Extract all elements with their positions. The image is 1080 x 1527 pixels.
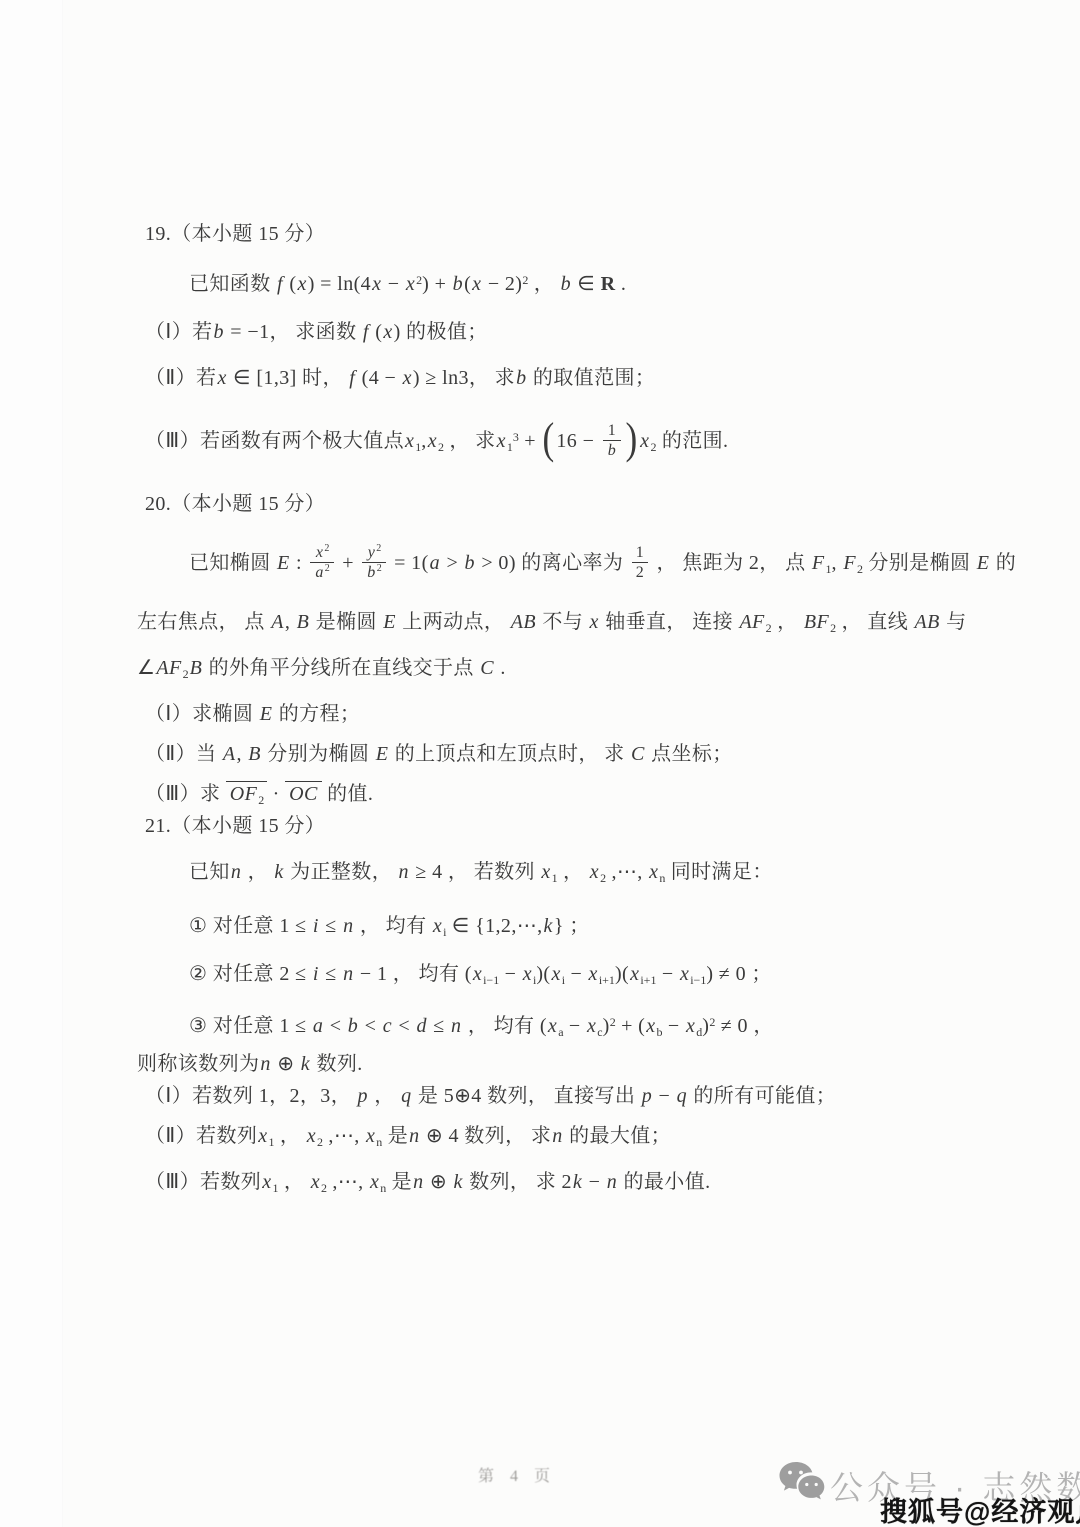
wechat-icon [778, 1460, 826, 1504]
question-21-part-3: （Ⅲ）若数列x1 ， x2 ,⋯, xn 是n ⊕ k 数列， 求 2k − n… [145, 1166, 945, 1204]
sohu-watermark-text: 搜狐号@经济观点 [880, 1490, 1080, 1527]
question-21-conclusion: 则称该数列为n ⊕ k 数列. [137, 1048, 945, 1080]
question-21-intro: 已知n ， k 为正整数， n ≥ 4 ， 若数列 x1 ， x2 ,⋯, xn… [145, 856, 945, 894]
question-20-intro-line-1: 已知椭圆 E : x2a2 + y2b2 = 1(a > b > 0) 的离心率… [145, 534, 945, 598]
question-19-part-3: （Ⅲ）若函数有两个极大值点x1,x2 ， 求x13 + (16 − 1b)x2 … [145, 408, 945, 476]
question-19-part-2: （Ⅱ）若x ∈ [1,3] 时， f (4 − x) ≥ ln3， 求b 的取值… [145, 362, 945, 394]
page-number: 第 4 页 [478, 1463, 556, 1486]
question-21-condition-2: ② 对任意 2 ≤ i ≤ n − 1 ， 均有 (xi−1 − xi)(xi … [145, 958, 945, 996]
question-19-part-1: （Ⅰ）若b = −1， 求函数 f (x) 的极值； [145, 316, 945, 348]
question-19-header: 19.（本小题 15 分） [145, 218, 945, 250]
question-21-condition-3: ③ 对任意 1 ≤ a < b < c < d ≤ n ， 均有 (xa − x… [145, 1006, 945, 1048]
question-21-part-2: （Ⅱ）若数列x1 ， x2 ,⋯, xn 是n ⊕ 4 数列， 求n 的最大值； [145, 1120, 945, 1158]
question-20-intro-line-3: ∠AF2B 的外角平分线所在直线交于点 C . [137, 652, 945, 690]
question-20-header: 20.（本小题 15 分） [145, 488, 945, 520]
question-21-condition-1: ① 对任意 1 ≤ i ≤ n ， 均有 xi ∈ {1,2,⋯,k} ； [145, 910, 945, 948]
question-20-intro-line-2: 左右焦点， 点 A, B 是椭圆 E 上两动点， AB 不与 x 轴垂直， 连接… [137, 606, 945, 644]
question-20-part-1: （Ⅰ）求椭圆 E 的方程； [145, 698, 945, 730]
question-21-part-1: （Ⅰ）若数列 1，2，3， p ， q 是 5⊕4 数列， 直接写出 p − q… [145, 1080, 945, 1112]
question-21-header: 21.（本小题 15 分） [145, 810, 945, 842]
question-19: 19.（本小题 15 分） 已知函数 f (x) = ln(4x − x2) +… [145, 218, 945, 476]
question-19-intro: 已知函数 f (x) = ln(4x − x2) + b(x − 2)2 ， b… [145, 264, 945, 300]
question-20-part-2: （Ⅱ）当 A, B 分别为椭圆 E 的上顶点和左顶点时， 求 C 点坐标； [145, 738, 945, 770]
exam-paper-page: 19.（本小题 15 分） 已知函数 f (x) = ln(4x − x2) +… [0, 0, 1080, 1527]
watermark-area: 公众号 · 志然数 搜狐号@经济观点 [778, 1458, 1080, 1527]
question-20: 20.（本小题 15 分） 已知椭圆 E : x2a2 + y2b2 = 1(a… [145, 488, 945, 816]
question-21: 21.（本小题 15 分） 已知n ， k 为正整数， n ≥ 4 ， 若数列 … [145, 798, 945, 1204]
